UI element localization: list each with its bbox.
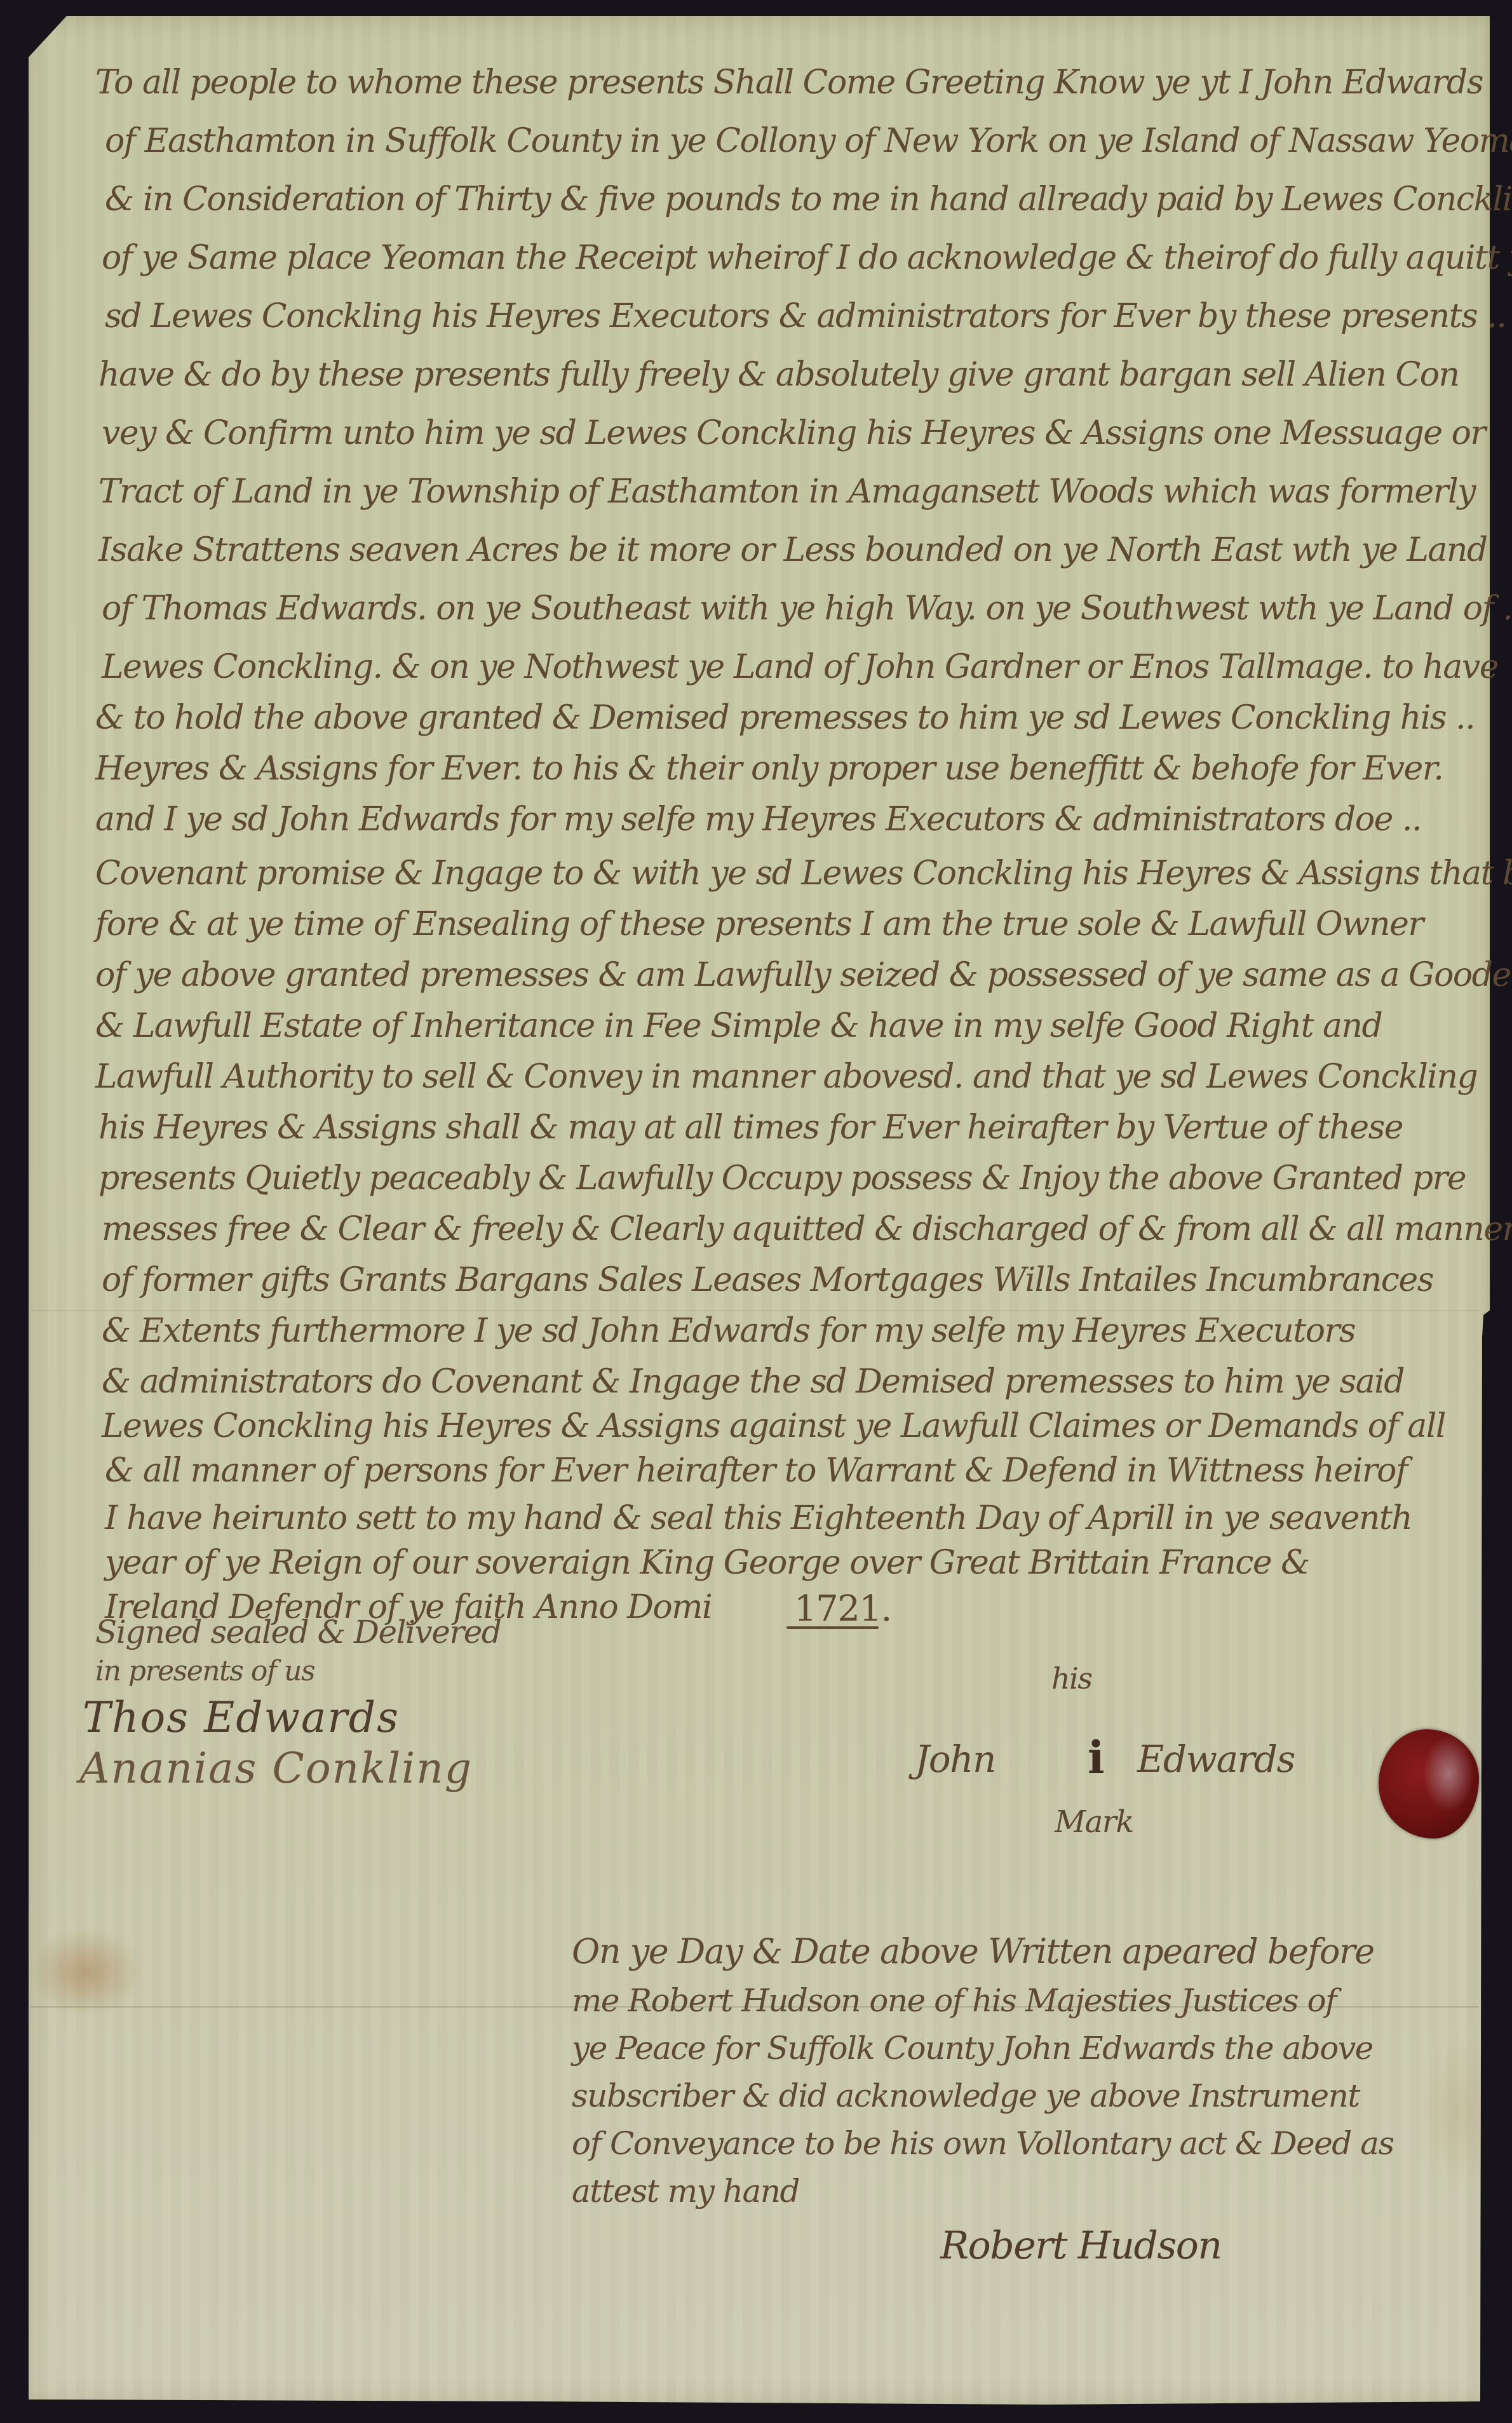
body-line: Heyres & Assigns for Ever. to his & thei… [95,750,1474,788]
body-line: Isake Strattens seaven Acres be it more … [98,531,1477,569]
body-line: fore & at ye time of Ensealing of these … [95,905,1474,943]
grantor-mark: i [1088,1731,1105,1784]
body-line: & all manner of persons for Ever heiraft… [105,1452,1483,1490]
date-underline [786,1626,879,1629]
body-line: & in Consideration of Thirty & five poun… [105,180,1483,219]
body-line: messes free & Clear & freely & Clearly a… [102,1210,1480,1248]
ack-line: of Conveyance to be his own Vollontary a… [572,2125,1394,2162]
body-line: of Easthamton in Suffolk County in ye Co… [105,122,1483,160]
in-presents-of-us: in presents of us [95,1655,314,1687]
body-line: & Extents furthermore I ye sd John Edwar… [102,1312,1480,1350]
body-line: Covenant promise & Ingage to & with ye s… [95,854,1474,893]
body-line: Lewes Conckling. & on ye Nothwest ye Lan… [102,648,1480,686]
body-line: year of ye Reign of our soveraign King G… [105,1544,1483,1582]
body-line: of Thomas Edwards. on ye Southeast with … [102,590,1480,628]
witness-thos-edwards: Thos Edwards [83,1693,400,1742]
body-line: To all people to whome these presents Sh… [95,64,1474,102]
ack-line: attest my hand [572,2173,799,2210]
body-line: of ye Same place Yeoman the Receipt whei… [102,239,1480,277]
justice-signature: Robert Hudson [940,2224,1222,2268]
body-line: of ye above granted premesses & am Lawfu… [95,956,1474,994]
ack-line: On ye Day & Date above Written apeared b… [572,1931,1374,1971]
body-line: Lawfull Authority to sell & Convey in ma… [95,1058,1474,1096]
body-line: his Heyres & Assigns shall & may at all … [98,1109,1477,1147]
body-line: of former gifts Grants Bargans Sales Lea… [102,1261,1480,1299]
ack-line: me Robert Hudson one of his Majesties Ju… [572,1982,1336,2019]
ack-line: subscriber & did acknowledge ye above In… [572,2077,1360,2114]
body-line: vey & Confirm unto him ye sd Lewes Conck… [102,414,1480,452]
body-line: Lewes Conckling his Heyres & Assigns aga… [102,1407,1480,1445]
witness-ananias-conkling: Ananias Conkling [79,1744,473,1793]
fold-line [30,1310,1479,1311]
signature-last-name: Edwards [1137,1738,1295,1781]
body-line: sd Lewes Conckling his Heyres Executors … [105,297,1483,335]
body-line: & to hold the above granted & Demised pr… [95,699,1474,737]
ack-line: ye Peace for Suffolk County John Edwards… [572,2030,1373,2067]
date-year: 1721. [794,1588,891,1630]
signed-sealed-delivered: Signed sealed & Delivered [95,1614,501,1650]
body-line: I have heirunto sett to my hand & seal t… [105,1499,1483,1537]
body-line: presents Quietly peaceably & Lawfully Oc… [98,1159,1477,1198]
body-line: & administrators do Covenant & Ingage th… [102,1363,1480,1401]
body-line: have & do by these presents fully freely… [98,356,1477,394]
body-line: & Lawfull Estate of Inheritance in Fee S… [95,1007,1474,1045]
signature-first-name: John [915,1738,996,1781]
body-line: Tract of Land in ye Township of Easthamt… [98,473,1477,511]
his-label: his [1051,1661,1091,1696]
body-line: and I ye sd John Edwards for my selfe my… [95,800,1474,839]
mark-label: Mark [1055,1804,1133,1840]
